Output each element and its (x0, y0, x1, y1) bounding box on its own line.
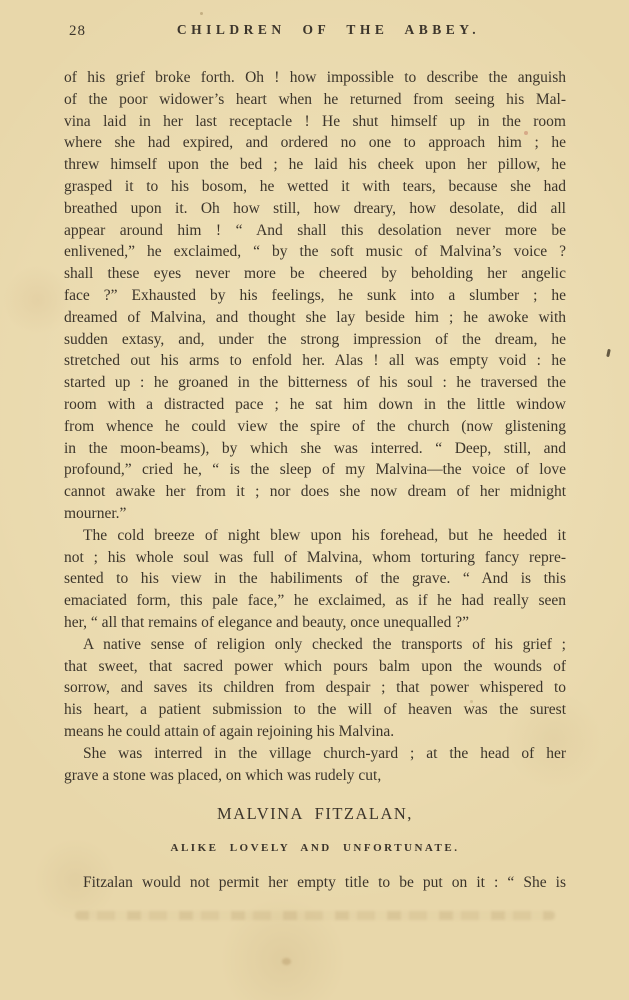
continuation-body: Fitzalan would not permit her empty titl… (64, 872, 566, 894)
text-line: enlivened,” he exclaimed, “ by the soft … (64, 241, 566, 263)
text-line: stretched out his arms to enfold her. Al… (64, 350, 566, 372)
text-line: The cold breeze of night blew upon his f… (64, 525, 566, 547)
text-line: dreamed of Malvina, and thought she lay … (64, 307, 566, 329)
text-line: sorrow, and saves its children from desp… (64, 677, 566, 699)
text-line: in the moon-beams), by which she was int… (64, 438, 566, 460)
text-line: grasped it to his bosom, he wetted it wi… (64, 176, 566, 198)
text-line: emaciated form, this pale face,” he excl… (64, 590, 566, 612)
page-number: 28 (69, 23, 86, 40)
text-line: Fitzalan would not permit her empty titl… (64, 872, 566, 894)
text-line: started up : he groaned in the bitternes… (64, 372, 566, 394)
text-line: her, “ all that remains of elegance and … (64, 612, 566, 634)
text-line: A native sense of religion only checked … (64, 634, 566, 656)
running-title: CHILDREN OF THE ABBEY. (0, 22, 629, 38)
text-line: grave a stone was placed, on which was r… (64, 765, 566, 787)
text-line: profound,” cried he, “ is the sleep of m… (64, 459, 566, 481)
ink-speck (606, 349, 611, 357)
text-line: She was interred in the village church-y… (64, 743, 566, 765)
text-line: appear around him ! “ And shall this des… (64, 220, 566, 242)
text-line: of the poor widower’s heart when he retu… (64, 89, 566, 111)
text-line: that sweet, that sacred power which pour… (64, 656, 566, 678)
text-line: vina laid in her last receptacle ! He sh… (64, 111, 566, 133)
page-header: 28 CHILDREN OF THE ABBEY. (0, 22, 629, 42)
text-line: from whence he could view the spire of t… (64, 416, 566, 438)
text-line: breathed upon it. Oh how still, how drea… (64, 198, 566, 220)
paper-speck (200, 12, 203, 15)
book-page: 28 CHILDREN OF THE ABBEY. of his grief b… (0, 0, 629, 1000)
text-line: where she had expired, and ordered no on… (64, 132, 566, 154)
text-line: sented to his view in the habiliments of… (64, 568, 566, 590)
text-line: room with a distracted pace ; he sat him… (64, 394, 566, 416)
page-body: of his grief broke forth. Oh ! how impos… (64, 67, 566, 786)
text-line: of his grief broke forth. Oh ! how impos… (64, 67, 566, 89)
text-line: his heart, a patient submission to the w… (64, 699, 566, 721)
text-line: means he could attain of again rejoining… (64, 721, 566, 743)
text-line: threw himself upon the bed ; he laid his… (64, 154, 566, 176)
text-line: not ; his whole soul was full of Malvina… (64, 547, 566, 569)
paper-speck (282, 958, 291, 965)
bleed-through-text (75, 911, 555, 920)
text-line: mourner.” (64, 503, 566, 525)
text-line: sudden extasy, and, under the strong imp… (64, 329, 566, 351)
section-heading: MALVINA FITZALAN, (64, 804, 566, 824)
text-line: shall these eyes never more be cheered b… (64, 263, 566, 285)
text-line: cannot awake her from it ; nor does she … (64, 481, 566, 503)
text-line: face ?” Exhausted by his feelings, he su… (64, 285, 566, 307)
section-subheading: ALIKE LOVELY AND UNFORTUNATE. (64, 842, 566, 854)
